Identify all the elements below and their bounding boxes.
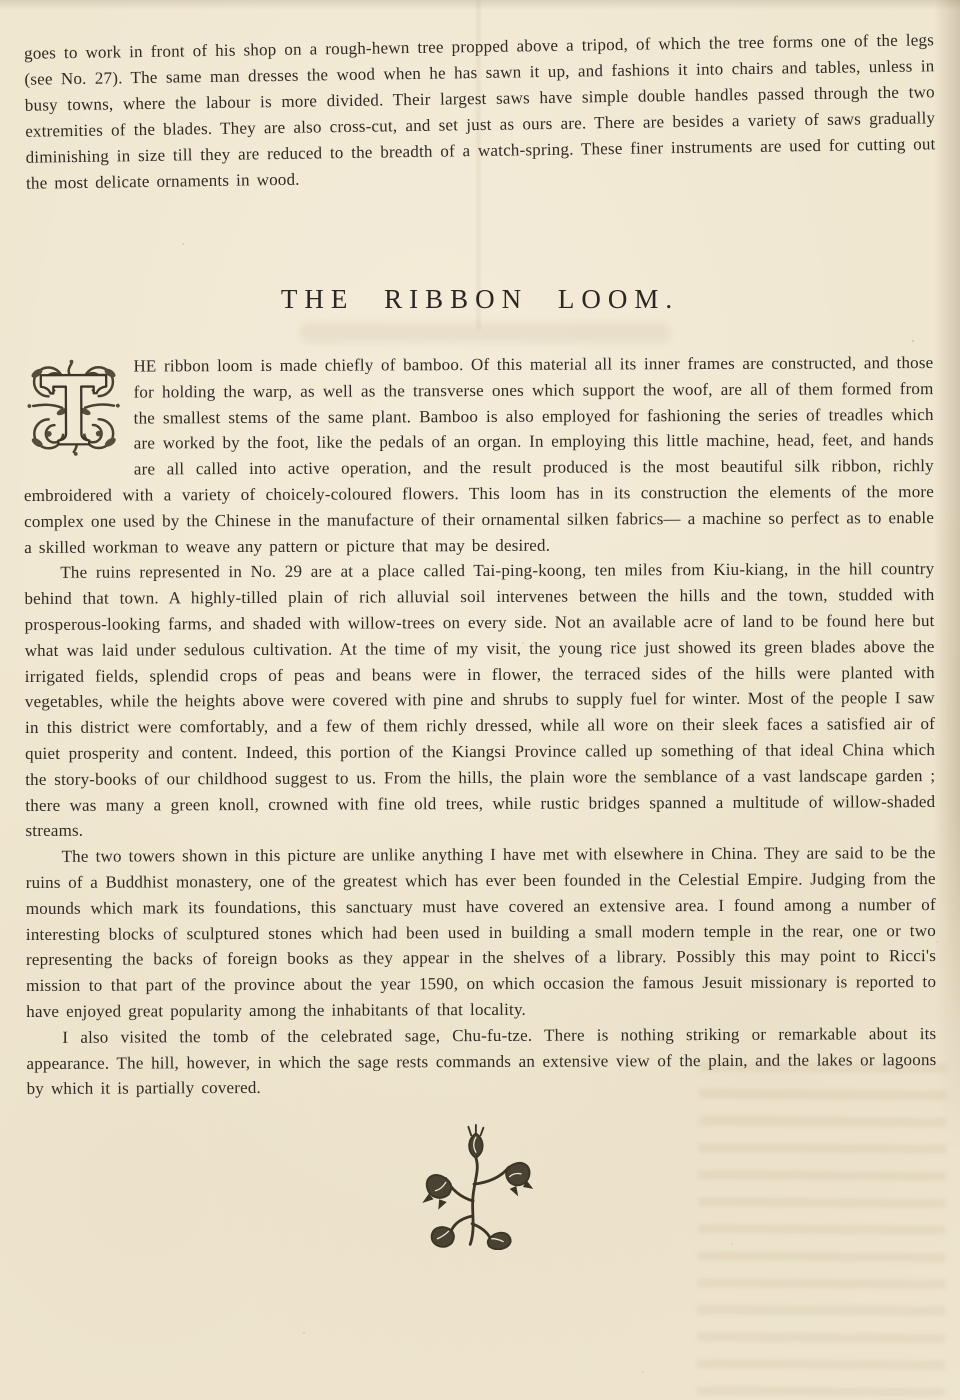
section-title: THE RIBBON LOOM. — [0, 284, 960, 315]
section-body: T HE ribbon loom is made chiefly of bamb… — [23, 350, 936, 1102]
paragraph-2: The ruins represented in No. 29 are at a… — [24, 556, 935, 844]
continuation-paragraph: goes to work in front of his shop on a r… — [24, 27, 936, 196]
paragraph-text: HE ribbon loom is made chiefly of bamboo… — [24, 353, 934, 557]
page-edge-shadow — [934, 0, 960, 1150]
paper-specks — [0, 0, 2, 2]
page-top-shadow — [0, 0, 960, 10]
paragraph-4: I also visited the tomb of the celebrate… — [26, 1021, 936, 1102]
paragraph-1: T HE ribbon loom is made chiefly of bamb… — [23, 350, 934, 560]
ornate-initial-icon: T — [23, 357, 123, 459]
floral-tailpiece-icon — [406, 1124, 542, 1250]
show-through-texture — [300, 323, 670, 343]
book-page: goes to work in front of his shop on a r… — [0, 0, 960, 1400]
show-through-texture — [697, 1057, 947, 1397]
paragraph-3: The two towers shown in this picture are… — [26, 840, 937, 1025]
